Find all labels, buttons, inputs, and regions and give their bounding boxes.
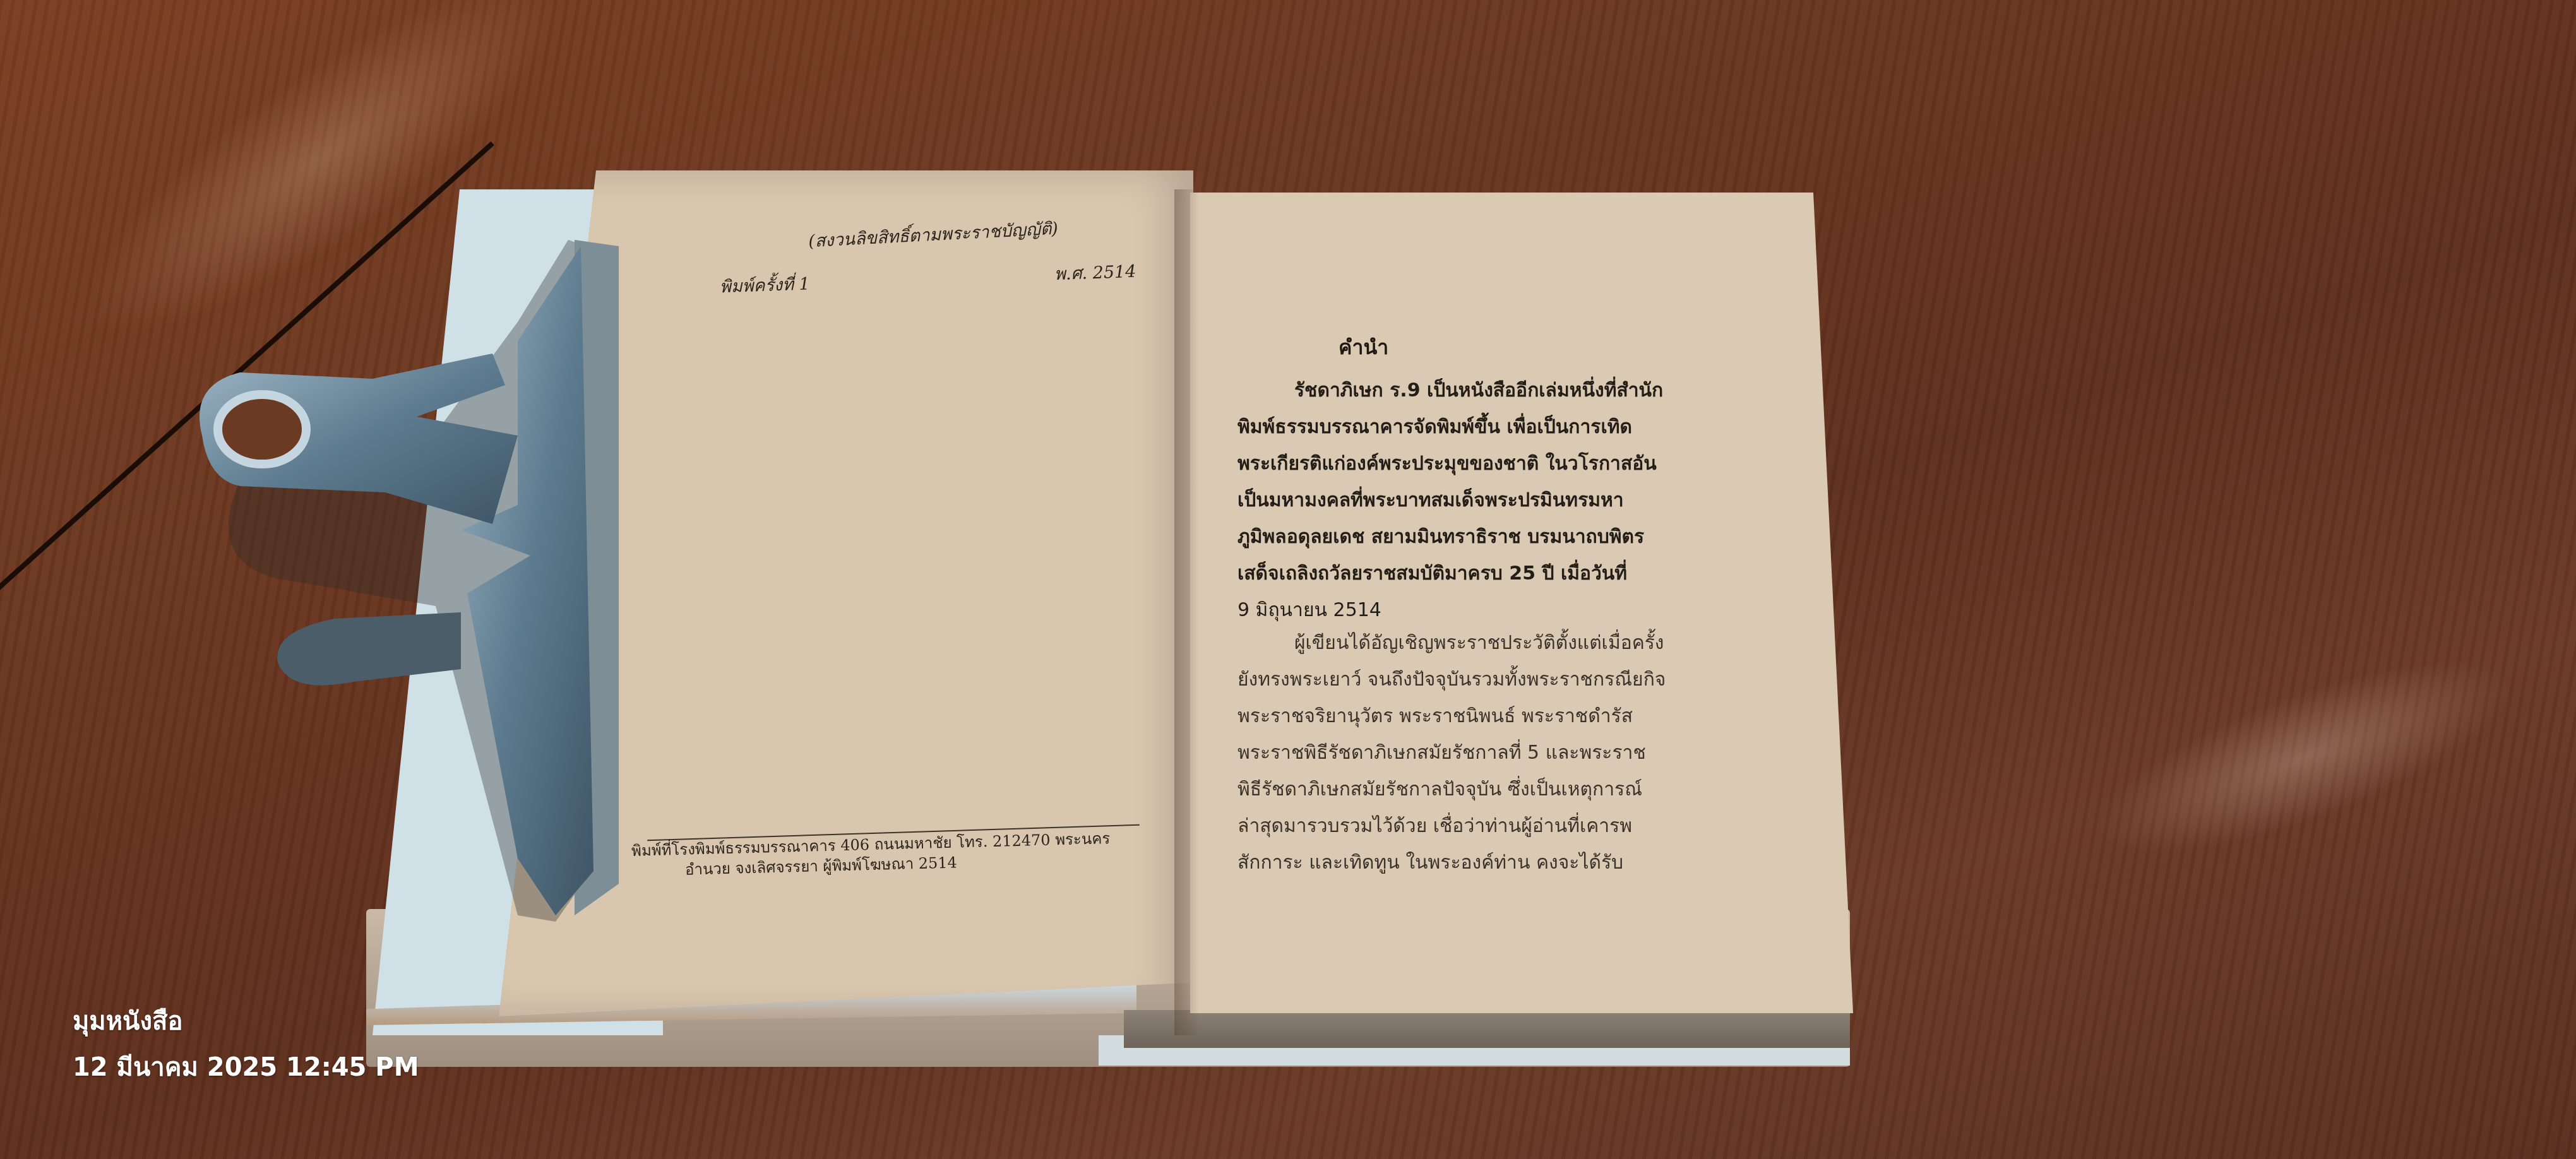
publication-year: พ.ศ. 2514 [1054,258,1136,287]
text-line: สักการะ และเทิดทูน ในพระองค์ท่าน คงจะได้… [1237,845,1831,881]
text-line: พระราชจริยานุวัตร พระราชนิพนธ์ พระราชดำร… [1237,698,1831,735]
watermark-title: มุมหนังสือ [73,1001,182,1041]
text-line: ผู้เขียนได้อัญเชิญพระราชประวัติตั้งแต่เม… [1237,625,1831,662]
text-line: เป็นมหามงคลที่พระบาทสมเด็จพระปรมินทรมหา [1237,482,1831,519]
book-gutter [1174,189,1200,1035]
text-line: พิมพ์ธรรมบรรณาคารจัดพิมพ์ขึ้น เพื่อเป็นก… [1237,409,1831,446]
text-line: พระเกียรติแก่องค์พระประมุขของชาติ ในวโรก… [1237,446,1831,482]
text-line: ภูมิพลอดุลยเดช สยามมินทราธิราช บรมนาถบพิ… [1237,519,1831,556]
text-line: 9 มิถุนายน 2514 [1237,592,1831,629]
preface-paragraph-1: รัชดาภิเษก ร.9 เป็นหนังสืออีกเล่มหนึ่งที… [1237,372,1831,629]
text-line: เสด็จเถลิงถวัลยราชสมบัติมาครบ 25 ปี เมื่… [1237,556,1831,592]
preface-paragraph-2: ผู้เขียนได้อัญเชิญพระราชประวัติตั้งแต่เม… [1237,625,1831,881]
text-line: ล่าสุดมารวบรวมไว้ด้วย เชื่อว่าท่านผู้อ่า… [1237,808,1831,845]
text-line: ยังทรงพระเยาว์ จนถึงปัจจุบันรวมทั้งพระรา… [1237,662,1831,698]
binder-clip-icon [164,227,657,928]
page-title: คำนำ [1339,331,1388,364]
watermark-timestamp: 12 มีนาคม 2025 12:45 PM [73,1047,419,1087]
text-line: รัชดาภิเษก ร.9 เป็นหนังสืออีกเล่มหนึ่งที… [1237,372,1831,409]
text-line: พิธีรัชดาภิเษกสมัยรัชกาลปัจจุบัน ซึ่งเป็… [1237,771,1831,808]
text-line: พระราชพิธีรัชดาภิเษกสมัยรัชกาลที่ 5 และพ… [1237,735,1831,771]
edition-label: พิมพ์ครั้งที่ 1 [719,270,810,300]
page-stack [1124,1010,1850,1048]
